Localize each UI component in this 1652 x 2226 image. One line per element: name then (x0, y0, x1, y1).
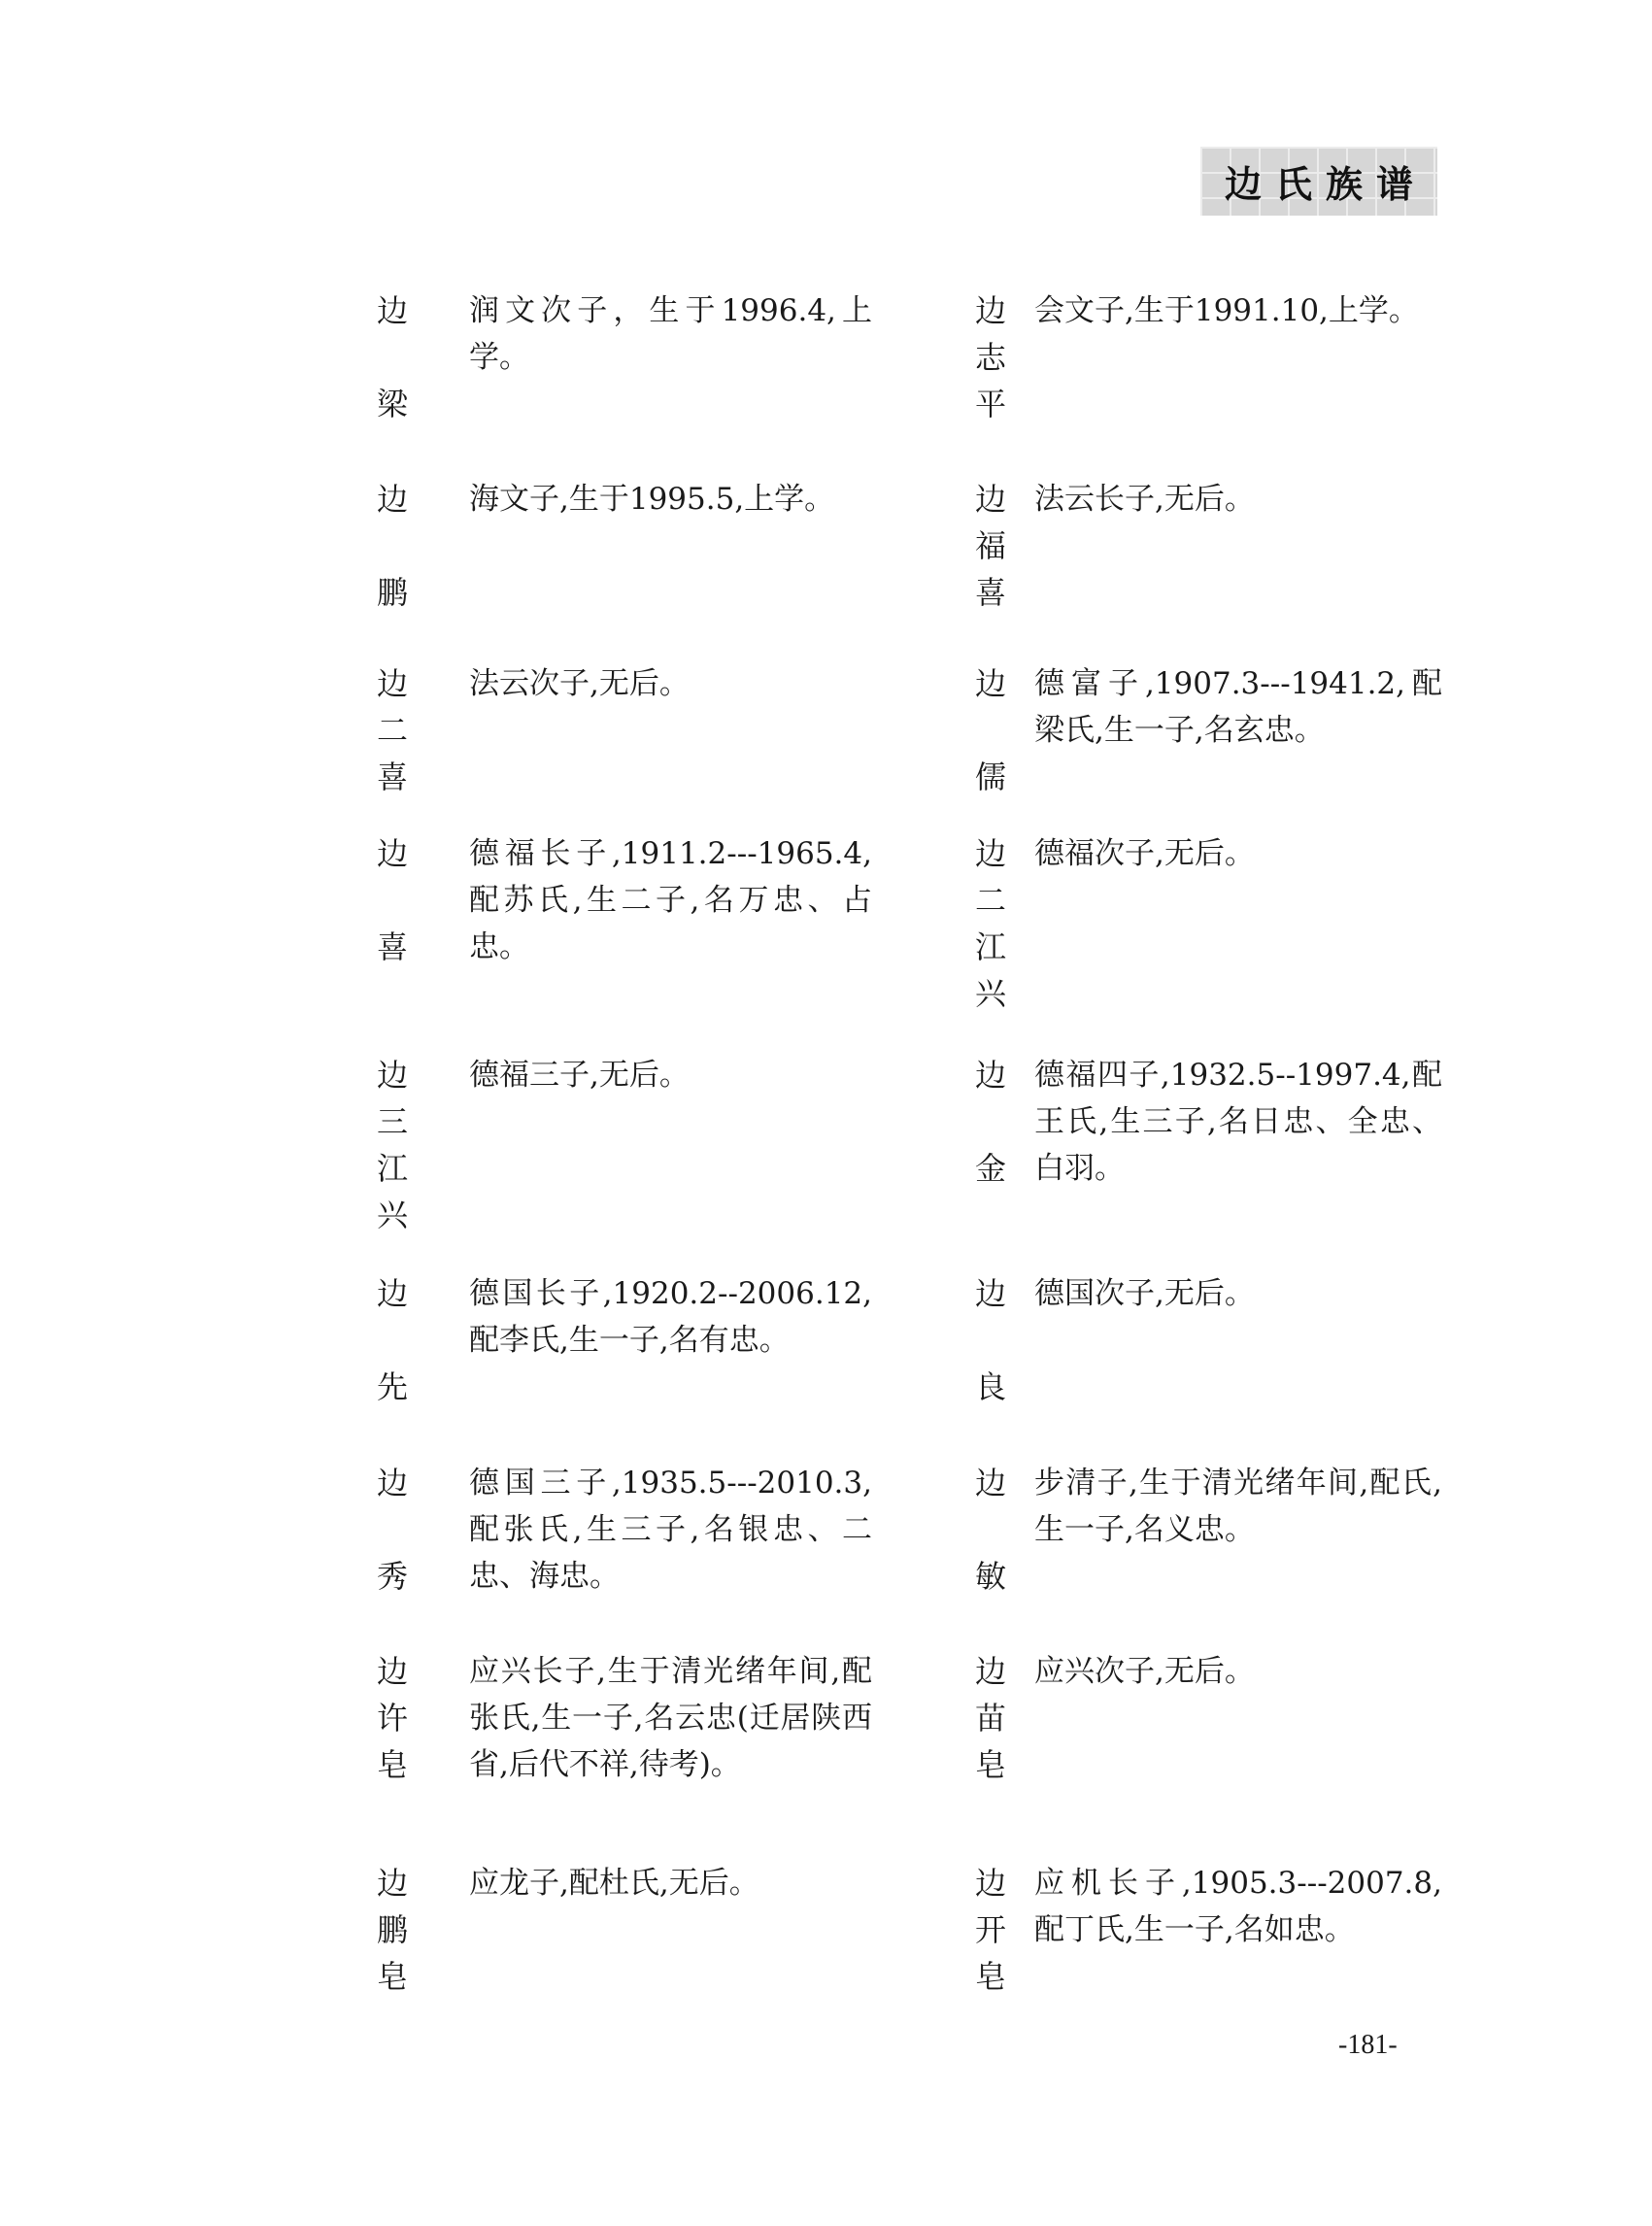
name-char: 先 (376, 1364, 409, 1410)
name-char: 喜 (974, 569, 1007, 616)
name-char (376, 1506, 409, 1553)
person-description: 德福三子,无后。 (469, 1052, 872, 1098)
name-char: 边 (974, 287, 1007, 334)
person-description: 德国三子,1935.5---2010.3,配张氏,生三子,名银忠、二忠、海忠。 (469, 1460, 872, 1600)
name-char: 金 (974, 1145, 1007, 1192)
name-char (974, 707, 1007, 754)
person-name: 边金 (974, 1052, 1007, 1192)
name-char: 边 (376, 287, 409, 334)
person-description: 德富子,1907.3---1941.2,配梁氏,生一子,名玄忠。 (1034, 660, 1442, 754)
name-char (376, 523, 409, 569)
person-name: 边许皂 (376, 1648, 409, 1788)
person-description: 德福长子,1911.2---1965.4,配苏氏,生二子,名万忠、占忠。 (469, 830, 872, 970)
name-char: 皂 (974, 1953, 1007, 2000)
person-name: 边鹏皂 (376, 1860, 409, 2000)
name-char (974, 1506, 1007, 1553)
name-char: 良 (974, 1364, 1007, 1410)
name-char: 平 (974, 381, 1007, 427)
person-description: 德国次子,无后。 (1034, 1270, 1442, 1317)
person-description: 应兴长子,生于清光绪年间,配张氏,生一子,名云忠(迁居陕西省,后代不祥,待考)。 (469, 1648, 872, 1788)
genealogy-header-banner: 边氏族谱 (1200, 147, 1437, 216)
name-char: 敏 (974, 1553, 1007, 1600)
name-char: 志 (974, 334, 1007, 381)
name-char: 边 (376, 830, 409, 877)
name-char: 边 (376, 1270, 409, 1317)
name-char: 边 (974, 1052, 1007, 1098)
person-description: 应机长子,1905.3---2007.8,配丁氏,生一子,名如忠。 (1034, 1860, 1442, 1953)
person-description: 应龙子,配杜氏,无后。 (469, 1860, 872, 1906)
name-char: 边 (376, 1648, 409, 1695)
name-char: 二 (376, 707, 409, 754)
name-char: 苗 (974, 1695, 1007, 1741)
person-name: 边良 (974, 1270, 1007, 1410)
name-char: 边 (376, 1460, 409, 1506)
person-name: 边二江兴 (974, 830, 1007, 1017)
person-name: 边敏 (974, 1460, 1007, 1600)
name-char: 边 (974, 476, 1007, 523)
page-number: -181- (1338, 2030, 1398, 2061)
name-char: 鹏 (376, 1906, 409, 1953)
name-char: 秀 (376, 1553, 409, 1600)
name-char: 三 (376, 1098, 409, 1145)
person-description: 海文子,生于1995.5,上学。 (469, 476, 872, 523)
name-char: 鹏 (376, 569, 409, 616)
name-char: 皂 (376, 1953, 409, 2000)
person-description: 步清子,生于清光绪年间,配氏,生一子,名义忠。 (1034, 1460, 1442, 1553)
person-name: 边苗皂 (974, 1648, 1007, 1788)
name-char: 福 (974, 523, 1007, 569)
person-name: 边三江兴 (376, 1052, 409, 1238)
person-name: 边开皂 (974, 1860, 1007, 2000)
name-char: 边 (974, 1460, 1007, 1506)
person-description: 德国长子,1920.2--2006.12,配李氏,生一子,名有忠。 (469, 1270, 872, 1364)
person-name: 边志平 (974, 287, 1007, 427)
name-char: 喜 (376, 754, 409, 800)
name-char: 喜 (376, 924, 409, 970)
person-description: 德福次子,无后。 (1034, 830, 1442, 877)
name-char: 开 (974, 1906, 1007, 1953)
name-char: 兴 (376, 1192, 409, 1238)
book-title: 边氏族谱 (1211, 154, 1427, 208)
person-description: 会文子,生于1991.10,上学。 (1034, 287, 1442, 334)
name-char: 皂 (376, 1741, 409, 1788)
name-char: 边 (974, 660, 1007, 707)
person-description: 法云长子,无后。 (1034, 476, 1442, 523)
name-char: 边 (974, 1270, 1007, 1317)
name-char (376, 334, 409, 381)
person-description: 法云次子,无后。 (469, 660, 872, 707)
person-description: 应兴次子,无后。 (1034, 1648, 1442, 1695)
name-char: 边 (376, 1860, 409, 1906)
person-name: 边秀 (376, 1460, 409, 1600)
name-char: 兴 (974, 970, 1007, 1017)
name-char: 二 (974, 877, 1007, 924)
name-char (376, 1317, 409, 1364)
person-name: 边先 (376, 1270, 409, 1410)
person-name: 边福喜 (974, 476, 1007, 616)
person-description: 润文次子，生于1996.4,上学。 (469, 287, 872, 381)
name-char: 边 (376, 1052, 409, 1098)
name-char: 儒 (974, 754, 1007, 800)
person-name: 边鹏 (376, 476, 409, 616)
name-char (974, 1317, 1007, 1364)
name-char (376, 877, 409, 924)
person-name: 边梁 (376, 287, 409, 427)
name-char: 边 (376, 476, 409, 523)
name-char (974, 1098, 1007, 1145)
person-name: 边儒 (974, 660, 1007, 800)
name-char: 边 (974, 830, 1007, 877)
name-char: 江 (376, 1145, 409, 1192)
name-char: 梁 (376, 381, 409, 427)
name-char: 边 (974, 1860, 1007, 1906)
person-name: 边二喜 (376, 660, 409, 800)
name-char: 皂 (974, 1741, 1007, 1788)
name-char: 许 (376, 1695, 409, 1741)
name-char: 江 (974, 924, 1007, 970)
person-name: 边喜 (376, 830, 409, 970)
name-char: 边 (974, 1648, 1007, 1695)
name-char: 边 (376, 660, 409, 707)
person-description: 德福四子,1932.5--1997.4,配王氏,生三子,名日忠、全忠、白羽。 (1034, 1052, 1442, 1192)
